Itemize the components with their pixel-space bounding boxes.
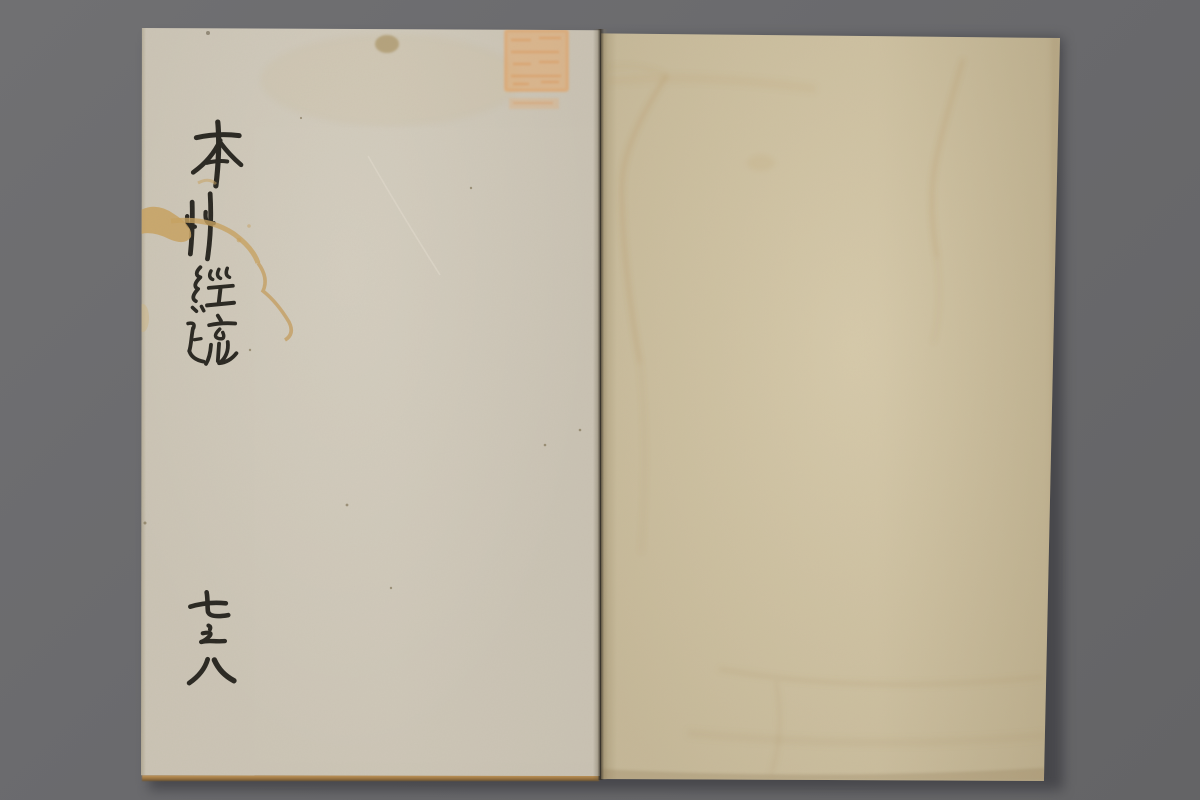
paper-grain — [601, 33, 1060, 781]
left-page-cover: 本艸經疏 七之八 — [141, 28, 600, 776]
book-photograph: 本艸經疏 七之八 — [0, 0, 1200, 800]
right-page-artwork — [601, 33, 1060, 781]
paper-grain — [141, 28, 600, 776]
stacked-pages-edge — [142, 775, 599, 781]
left-page-artwork — [141, 28, 600, 776]
book-gutter — [593, 29, 608, 780]
right-page-blank — [601, 33, 1060, 781]
